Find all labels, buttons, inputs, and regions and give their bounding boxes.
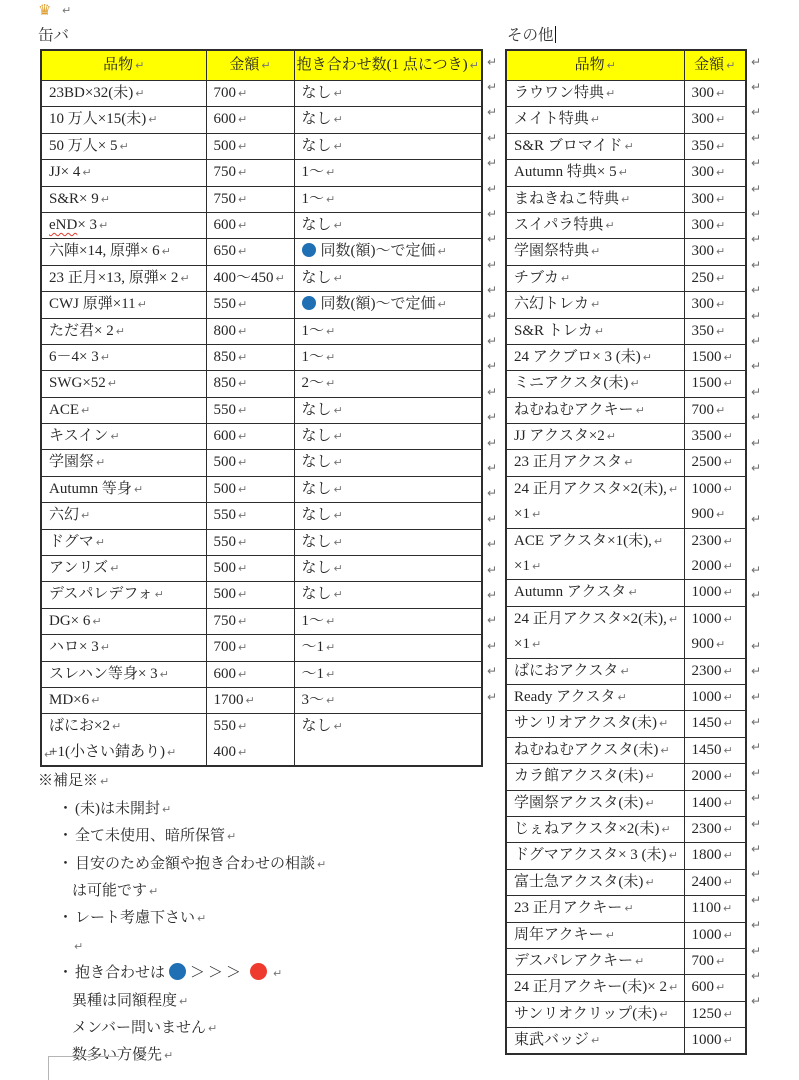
cell-text: Autumn 特典× 5↵ xyxy=(514,160,680,185)
price-cell[interactable]: 550↵ xyxy=(206,397,294,423)
return-mark-icon: ↵ xyxy=(487,461,497,475)
table-row: JJ アクスタ×2↵3500↵ xyxy=(506,424,746,450)
item-cell[interactable]: Autumn 特典× 5↵ xyxy=(506,160,684,186)
return-mark-icon: ↵ xyxy=(238,351,247,364)
cell-text: スレハン等身× 3↵ xyxy=(49,662,202,687)
bundle-cell[interactable]: 同数(額)～で定価↵ xyxy=(294,292,482,318)
cell-text: なし↵ xyxy=(302,107,478,132)
header-cell: 金額↵ xyxy=(206,50,294,81)
item-cell[interactable]: スイパラ特典↵ xyxy=(506,212,684,238)
cell-text: ラウワン特典↵ xyxy=(514,81,680,106)
cell-text: S&R トレカ↵ xyxy=(514,319,680,344)
return-mark-icon: ↵ xyxy=(532,560,541,573)
price-cell[interactable]: 750↵ xyxy=(206,186,294,212)
item-cell[interactable]: カラ館アクスタ(未)↵ xyxy=(506,764,684,790)
item-cell[interactable]: チブカ↵ xyxy=(506,265,684,291)
bundle-cell[interactable]: 1～↵ xyxy=(294,608,482,634)
price-cell[interactable]: 600↵ xyxy=(206,212,294,238)
return-mark-icon: ↵ xyxy=(91,694,100,707)
return-mark-icon: ↵ xyxy=(487,359,497,373)
item-cell[interactable]: ハロ× 3↵ xyxy=(41,635,206,661)
table-row: 23 正月アクスタ↵2500↵ xyxy=(506,450,746,476)
return-mark-icon: ↵ xyxy=(487,385,497,399)
return-mark-icon: ↵ xyxy=(334,113,343,126)
cell-text: なし↵ xyxy=(302,530,478,555)
cell-text: サンリオクリップ(未)↵ xyxy=(514,1002,680,1027)
item-cell[interactable]: まねきねこ特典↵ xyxy=(506,186,684,212)
price-cell[interactable]: 650↵ xyxy=(206,239,294,265)
bundle-cell[interactable]: なし↵ xyxy=(294,582,482,608)
price-cell[interactable]: 1700↵ xyxy=(206,687,294,713)
item-cell[interactable]: スレハン等身× 3↵ xyxy=(41,661,206,687)
price-cell[interactable]: 500↵ xyxy=(206,556,294,582)
cell-text: 24 正月アクスタ×2(未),↵ xyxy=(514,607,680,632)
cell-text: 300↵ xyxy=(692,187,742,212)
item-cell[interactable]: ACE↵ xyxy=(41,397,206,423)
return-mark-icon: ↵ xyxy=(238,588,247,601)
item-cell[interactable]: S&R ブロマイド↵ xyxy=(506,133,684,159)
price-cell[interactable]: 600↵ xyxy=(206,661,294,687)
cell-text: キスイン↵ xyxy=(49,424,202,449)
return-mark-icon: ↵ xyxy=(751,639,761,653)
price-cell[interactable]: 1800↵ xyxy=(684,843,746,869)
cell-text: なし↵ xyxy=(302,477,478,502)
cell-text: 1450↵ xyxy=(692,711,742,736)
price-cell[interactable]: 700↵ xyxy=(684,397,746,423)
return-mark-icon: ↵ xyxy=(645,876,654,889)
cell-text: 六幻トレカ↵ xyxy=(514,292,680,317)
return-mark-icon: ↵ xyxy=(96,536,105,549)
item-cell[interactable]: eND× 3↵ xyxy=(41,212,206,238)
bullet-icon: ・ xyxy=(58,910,73,926)
return-mark-icon: ↵ xyxy=(751,232,761,246)
item-cell[interactable]: ただ君× 2↵ xyxy=(41,318,206,344)
cell-text: なし↵ xyxy=(302,266,478,291)
bundle-cell[interactable]: なし↵ xyxy=(294,265,482,291)
bundle-cell[interactable]: なし↵ xyxy=(294,133,482,159)
return-mark-icon: ↵ xyxy=(716,955,725,968)
bundle-cell[interactable]: なし↵ xyxy=(294,107,482,133)
table-row: じぇねアクスタ×2(未)↵2300↵ xyxy=(506,816,746,842)
return-mark-icon: ↵ xyxy=(607,59,616,72)
return-mark-icon: ↵ xyxy=(438,298,447,311)
return-mark-icon: ↵ xyxy=(605,219,614,232)
price-cell[interactable]: 2300↵ xyxy=(684,816,746,842)
return-mark-icon: ↵ xyxy=(751,893,761,907)
return-mark-icon: ↵ xyxy=(591,1034,600,1047)
price-cell[interactable]: 700↵ xyxy=(206,635,294,661)
item-cell[interactable]: 学園祭特典↵ xyxy=(506,239,684,265)
price-cell[interactable]: 750↵ xyxy=(206,160,294,186)
return-mark-icon: ↵ xyxy=(487,283,497,297)
notes-section: ↵※補足※↵・(未)は未開封↵・全て未使用、暗所保管↵・目安のため金額や抱き合わ… xyxy=(38,741,498,1070)
return-mark-icon: ↵ xyxy=(724,665,733,678)
return-mark-icon: ↵ xyxy=(595,325,604,338)
crown-icon: ♛ xyxy=(38,1,51,19)
bundle-cell[interactable]: 1～↵ xyxy=(294,186,482,212)
cell-text: なし↵ xyxy=(302,213,478,238)
cell-text: 300↵ xyxy=(692,81,742,106)
cell-text: DG× 6↵ xyxy=(49,609,202,634)
return-mark-icon: ↵ xyxy=(724,586,733,599)
price-cell[interactable]: 1000↵ xyxy=(684,922,746,948)
item-cell[interactable]: JJ× 4↵ xyxy=(41,160,206,186)
item-cell[interactable]: 六幻トレカ↵ xyxy=(506,292,684,318)
price-cell[interactable]: 1450↵ xyxy=(684,737,746,763)
cell-text: ハロ× 3↵ xyxy=(49,635,202,660)
price-cell[interactable]: 300↵ xyxy=(684,81,746,107)
price-cell[interactable]: 700↵ xyxy=(684,948,746,974)
return-mark-icon: ↵ xyxy=(669,981,678,994)
table-row: ラウワン特典↵300↵ xyxy=(506,81,746,107)
bundle-cell[interactable]: 3～↵ xyxy=(294,687,482,713)
item-cell[interactable]: ばにおアクスタ↵ xyxy=(506,658,684,684)
return-mark-icon: ↵ xyxy=(116,325,125,338)
bundle-cell[interactable]: なし↵ xyxy=(294,450,482,476)
bundle-cell[interactable]: なし↵ xyxy=(294,212,482,238)
price-cell[interactable]: 500↵ xyxy=(206,476,294,502)
page-margin-corner xyxy=(48,1056,119,1080)
return-mark-icon: ↵ xyxy=(326,615,335,628)
price-cell[interactable]: 600↵ xyxy=(206,424,294,450)
return-mark-icon: ↵ xyxy=(162,803,171,816)
cell-text: 300↵ xyxy=(692,213,742,238)
cell-text: 1～↵ xyxy=(302,319,478,344)
item-cell[interactable]: 24 正月アクスタ×2(未),↵×1↵ xyxy=(506,606,684,658)
price-cell[interactable]: 800↵ xyxy=(206,318,294,344)
cell-text: 10 万人×15(未)↵ xyxy=(49,107,202,132)
table-row: S&R× 9↵750↵1～↵ xyxy=(41,186,482,212)
return-mark-icon: ↵ xyxy=(669,483,678,496)
item-cell[interactable]: 学園祭アクスタ(未)↵ xyxy=(506,790,684,816)
return-mark-icon: ↵ xyxy=(326,641,335,654)
price-cell[interactable]: 1000↵ xyxy=(684,580,746,606)
return-mark-icon: ↵ xyxy=(716,113,725,126)
item-cell[interactable]: 東武バッジ↵ xyxy=(506,1028,684,1055)
price-cell[interactable]: 2400↵ xyxy=(684,869,746,895)
item-cell[interactable]: 周年アクキー↵ xyxy=(506,922,684,948)
cell-text: 700↵ xyxy=(214,81,290,106)
price-cell[interactable]: 250↵ xyxy=(684,265,746,291)
item-cell[interactable]: MD×6↵ xyxy=(41,687,206,713)
return-mark-icon: ↵ xyxy=(591,298,600,311)
item-cell[interactable]: JJ アクスタ×2↵ xyxy=(506,424,684,450)
item-cell[interactable]: ねむねむアクキー↵ xyxy=(506,397,684,423)
item-cell[interactable]: デスパレアクキー↵ xyxy=(506,948,684,974)
table-row: ミニアクスタ(未)↵1500↵ xyxy=(506,371,746,397)
bullet-icon: ・ xyxy=(58,856,73,872)
price-cell[interactable]: 2300↵ xyxy=(684,658,746,684)
item-cell[interactable]: Autumn 等身↵ xyxy=(41,476,206,502)
return-mark-icon: ↵ xyxy=(238,509,247,522)
table-row: 50 万人× 5↵500↵なし↵ xyxy=(41,133,482,159)
cell-text: 900↵ xyxy=(692,502,742,527)
item-cell[interactable]: 24 正月アクキー(未)× 2↵ xyxy=(506,975,684,1001)
table-row: 23 正月×13, 原弾× 2↵400～450↵なし↵ xyxy=(41,265,482,291)
cell-text: ドグマ↵ xyxy=(49,530,202,555)
cell-text: 550↵ xyxy=(214,714,290,739)
table-row: ACE↵550↵なし↵ xyxy=(41,397,482,423)
item-cell[interactable]: S&R× 9↵ xyxy=(41,186,206,212)
return-mark-icon: ↵ xyxy=(334,140,343,153)
price-cell[interactable]: 1250↵ xyxy=(684,1001,746,1027)
return-mark-icon: ↵ xyxy=(724,351,733,364)
return-mark-icon: ↵ xyxy=(645,797,654,810)
return-mark-icon: ↵ xyxy=(716,166,725,179)
price-cell[interactable]: 1000↵900↵ xyxy=(684,606,746,658)
return-mark-icon: ↵ xyxy=(751,918,761,932)
cell-text: 1400↵ xyxy=(692,791,742,816)
item-cell[interactable]: 六陣×14, 原弾× 6↵ xyxy=(41,239,206,265)
price-cell[interactable]: 400～450↵ xyxy=(206,265,294,291)
bundle-cell[interactable]: なし↵ xyxy=(294,556,482,582)
return-mark-icon: ↵ xyxy=(326,166,335,179)
item-cell[interactable]: デスパレデフォ↵ xyxy=(41,582,206,608)
item-cell[interactable]: S&R トレカ↵ xyxy=(506,318,684,344)
item-cell[interactable]: Autumn アクスタ↵ xyxy=(506,580,684,606)
cell-text: 400～450↵ xyxy=(214,266,290,291)
price-cell[interactable]: 3500↵ xyxy=(684,424,746,450)
item-cell[interactable]: 24 アクブロ× 3 (未)↵ xyxy=(506,344,684,370)
return-mark-icon: ↵ xyxy=(334,219,343,232)
return-mark-icon: ↵ xyxy=(724,929,733,942)
cell-text: 650↵ xyxy=(214,239,290,264)
table-row: ドグマアクスタ× 3 (未)↵1800↵ xyxy=(506,843,746,869)
cell-text: 500↵ xyxy=(214,477,290,502)
cell-text: ばにおアクスタ↵ xyxy=(514,659,680,684)
cell-text: 1500↵ xyxy=(692,371,742,396)
price-cell[interactable]: 1500↵ xyxy=(684,344,746,370)
return-mark-icon: ↵ xyxy=(751,563,761,577)
bundle-cell[interactable]: なし↵ xyxy=(294,81,482,107)
red-dot-icon xyxy=(250,963,267,980)
table-row: 24 アクブロ× 3 (未)↵1500↵ xyxy=(506,344,746,370)
item-cell[interactable]: ミニアクスタ(未)↵ xyxy=(506,371,684,397)
price-cell[interactable]: 350↵ xyxy=(684,318,746,344)
cell-text: カラ館アクスタ(未)↵ xyxy=(514,764,680,789)
price-cell[interactable]: 300↵ xyxy=(684,160,746,186)
item-cell[interactable]: Ready アクスタ↵ xyxy=(506,684,684,710)
table-row: S&R ブロマイド↵350↵ xyxy=(506,133,746,159)
text-cursor xyxy=(555,26,557,43)
misspelled-text: eND xyxy=(49,217,77,233)
item-cell[interactable]: ドグマ↵ xyxy=(41,529,206,555)
cell-text: 300↵ xyxy=(692,292,742,317)
return-mark-icon: ↵ xyxy=(487,486,497,500)
price-cell[interactable]: 700↵ xyxy=(206,81,294,107)
item-cell[interactable]: 23BD×32(未)↵ xyxy=(41,81,206,107)
price-cell[interactable]: 300↵ xyxy=(684,107,746,133)
price-cell[interactable]: 550↵ xyxy=(206,529,294,555)
item-cell[interactable]: ドグマアクスタ× 3 (未)↵ xyxy=(506,843,684,869)
return-mark-icon: ↵ xyxy=(487,512,497,526)
cell-text: 六幻↵ xyxy=(49,503,202,528)
return-mark-icon: ↵ xyxy=(751,207,761,221)
return-mark-icon: ↵ xyxy=(751,258,761,272)
table-row: 24 正月アクスタ×2(未),↵×1↵1000↵900↵ xyxy=(506,476,746,528)
price-cell[interactable]: 500↵ xyxy=(206,582,294,608)
price-cell[interactable]: 1000↵ xyxy=(684,1028,746,1055)
price-cell[interactable]: 600↵ xyxy=(684,975,746,1001)
price-cell[interactable]: 550↵ xyxy=(206,292,294,318)
return-mark-icon: ↵ xyxy=(238,325,247,338)
return-mark-icon: ↵ xyxy=(751,944,761,958)
cell-text: 850↵ xyxy=(214,345,290,370)
blue-dot-icon xyxy=(302,243,316,257)
return-mark-icon: ↵ xyxy=(179,995,188,1008)
price-cell[interactable]: 2300↵2000↵ xyxy=(684,528,746,580)
cell-text: 600↵ xyxy=(214,107,290,132)
price-cell[interactable]: 500↵ xyxy=(206,450,294,476)
bundle-cell[interactable]: ～1↵ xyxy=(294,661,482,687)
item-cell[interactable]: 6－4× 3↵ xyxy=(41,344,206,370)
note-line: は可能です↵ xyxy=(38,878,498,905)
cell-text: 750↵ xyxy=(214,187,290,212)
return-mark-icon: ↵ xyxy=(487,156,497,170)
cell-text: なし↵ xyxy=(302,398,478,423)
item-cell[interactable]: DG× 6↵ xyxy=(41,608,206,634)
return-mark-icon: ↵ xyxy=(661,823,670,836)
return-mark-icon: ↵ xyxy=(624,902,633,915)
return-mark-icon: ↵ xyxy=(317,858,326,871)
price-cell[interactable]: 850↵ xyxy=(206,344,294,370)
cell-text: MD×6↵ xyxy=(49,688,202,713)
price-cell[interactable]: 1450↵ xyxy=(684,711,746,737)
cell-text: 1100↵ xyxy=(692,896,742,921)
price-cell[interactable]: 2000↵ xyxy=(684,764,746,790)
item-cell[interactable]: 23 正月アクキー↵ xyxy=(506,896,684,922)
bundle-cell[interactable]: なし↵ xyxy=(294,503,482,529)
table-row: 10 万人×15(未)↵600↵なし↵ xyxy=(41,107,482,133)
bundle-cell[interactable]: なし↵ xyxy=(294,397,482,423)
price-cell[interactable]: 750↵ xyxy=(206,608,294,634)
bundle-cell[interactable]: ～1↵ xyxy=(294,635,482,661)
price-cell[interactable]: 500↵ xyxy=(206,133,294,159)
return-mark-icon: ↵ xyxy=(238,219,247,232)
sonota-table-header: 品物↵金額↵ xyxy=(506,50,746,81)
empty-paragraph: ↵ xyxy=(38,933,498,960)
return-mark-icon: ↵ xyxy=(135,87,144,100)
return-mark-icon: ↵ xyxy=(238,562,247,575)
return-mark-icon: ↵ xyxy=(724,849,733,862)
price-cell[interactable]: 300↵ xyxy=(684,212,746,238)
cell-text: 500↵ xyxy=(214,556,290,581)
bundle-cell[interactable]: なし↵ xyxy=(294,424,482,450)
cell-text: 1450↵ xyxy=(692,738,742,763)
cell-text: 学園祭アクスタ(未)↵ xyxy=(514,791,680,816)
return-mark-icon: ↵ xyxy=(751,842,761,856)
price-cell[interactable]: 600↵ xyxy=(206,107,294,133)
return-mark-icon: ↵ xyxy=(487,563,497,577)
cell-text: ねむねむアクスタ(未)↵ xyxy=(514,738,680,763)
item-cell[interactable]: ねむねむアクスタ(未)↵ xyxy=(506,737,684,763)
bundle-cell[interactable]: 1～↵ xyxy=(294,318,482,344)
item-cell[interactable]: SWG×52↵ xyxy=(41,371,206,397)
price-cell[interactable]: 1100↵ xyxy=(684,896,746,922)
price-cell[interactable]: 300↵ xyxy=(684,186,746,212)
return-mark-icon: ↵ xyxy=(716,272,725,285)
bundle-cell[interactable]: 2～↵ xyxy=(294,371,482,397)
cell-text: 1500↵ xyxy=(692,345,742,370)
return-mark-icon: ↵ xyxy=(238,113,247,126)
item-cell[interactable]: キスイン↵ xyxy=(41,424,206,450)
return-mark-icon: ↵ xyxy=(724,483,733,496)
bundle-cell[interactable]: 同数(額)～で定価↵ xyxy=(294,239,482,265)
price-cell[interactable]: 550↵ xyxy=(206,503,294,529)
return-mark-icon: ↵ xyxy=(619,166,628,179)
item-cell[interactable]: 10 万人×15(未)↵ xyxy=(41,107,206,133)
price-cell[interactable]: 850↵ xyxy=(206,371,294,397)
item-cell[interactable]: サンリオアクスタ(未)↵ xyxy=(506,711,684,737)
price-cell[interactable]: 300↵ xyxy=(684,239,746,265)
return-mark-icon: ↵ xyxy=(246,694,255,707)
price-cell[interactable]: 1000↵ xyxy=(684,684,746,710)
return-mark-icon: ↵ xyxy=(162,245,171,258)
price-cell[interactable]: 1000↵900↵ xyxy=(684,476,746,528)
item-cell[interactable]: 23 正月アクスタ↵ xyxy=(506,450,684,476)
return-mark-icon: ↵ xyxy=(149,885,158,898)
item-cell[interactable]: CWJ 原弾×11↵ xyxy=(41,292,206,318)
bundle-cell[interactable]: なし↵ xyxy=(294,529,482,555)
return-mark-icon: ↵ xyxy=(470,59,479,72)
return-mark-icon: ↵ xyxy=(334,404,343,417)
return-mark-icon: ↵ xyxy=(561,272,570,285)
item-cell[interactable]: 六幻↵ xyxy=(41,503,206,529)
cell-text: 350↵ xyxy=(692,319,742,344)
item-cell[interactable]: メイト特典↵ xyxy=(506,107,684,133)
item-cell[interactable]: サンリオクリップ(未)↵ xyxy=(506,1001,684,1027)
item-cell[interactable]: ラウワン特典↵ xyxy=(506,81,684,107)
table-row: 23BD×32(未)↵700↵なし↵ xyxy=(41,81,482,107)
price-cell[interactable]: 2500↵ xyxy=(684,450,746,476)
blue-dot-icon xyxy=(302,296,316,310)
return-mark-icon: ↵ xyxy=(643,351,652,364)
return-mark-icon: ↵ xyxy=(724,560,733,573)
cell-text: SWG×52↵ xyxy=(49,371,202,396)
cell-text: 1000↵ xyxy=(692,685,742,710)
price-cell[interactable]: 350↵ xyxy=(684,133,746,159)
return-mark-icon: ↵ xyxy=(659,1008,668,1021)
cell-text: 周年アクキー↵ xyxy=(514,923,680,948)
return-mark-icon: ↵ xyxy=(716,245,725,258)
item-cell[interactable]: じぇねアクスタ×2(未)↵ xyxy=(506,816,684,842)
cell-text: まねきねこ特典↵ xyxy=(514,187,680,212)
item-cell[interactable]: 24 正月アクスタ×2(未),↵×1↵ xyxy=(506,476,684,528)
cell-text: 同数(額)～で定価↵ xyxy=(302,292,478,317)
bundle-cell[interactable]: なし↵ xyxy=(294,476,482,502)
return-mark-icon: ↵ xyxy=(751,690,761,704)
item-cell[interactable]: 富士急アクスタ(未)↵ xyxy=(506,869,684,895)
return-mark-icon: ↵ xyxy=(334,272,343,285)
price-cell[interactable]: 1500↵ xyxy=(684,371,746,397)
item-cell[interactable]: アンリズ↵ xyxy=(41,556,206,582)
word-page[interactable]: ♛ ↵ 缶バ その他 品物↵金額↵抱き合わせ数(1 点につき)↵ 23BD×32… xyxy=(0,0,799,1080)
item-cell[interactable]: 23 正月×13, 原弾× 2↵ xyxy=(41,265,206,291)
bundle-cell[interactable]: 1～↵ xyxy=(294,344,482,370)
item-cell[interactable]: 学園祭↵ xyxy=(41,450,206,476)
price-cell[interactable]: 300↵ xyxy=(684,292,746,318)
cell-text: 1000↵ xyxy=(692,580,742,605)
item-cell[interactable]: 50 万人× 5↵ xyxy=(41,133,206,159)
return-mark-icon: ↵ xyxy=(101,193,110,206)
item-cell[interactable]: ACE アクスタ×1(未),↵×1↵ xyxy=(506,528,684,580)
price-cell[interactable]: 1400↵ xyxy=(684,790,746,816)
cell-text: なし↵ xyxy=(302,424,478,449)
return-mark-icon: ↵ xyxy=(751,156,761,170)
bundle-cell[interactable]: 1～↵ xyxy=(294,160,482,186)
return-mark-icon: ↵ xyxy=(716,298,725,311)
return-mark-icon: ↵ xyxy=(99,219,108,232)
